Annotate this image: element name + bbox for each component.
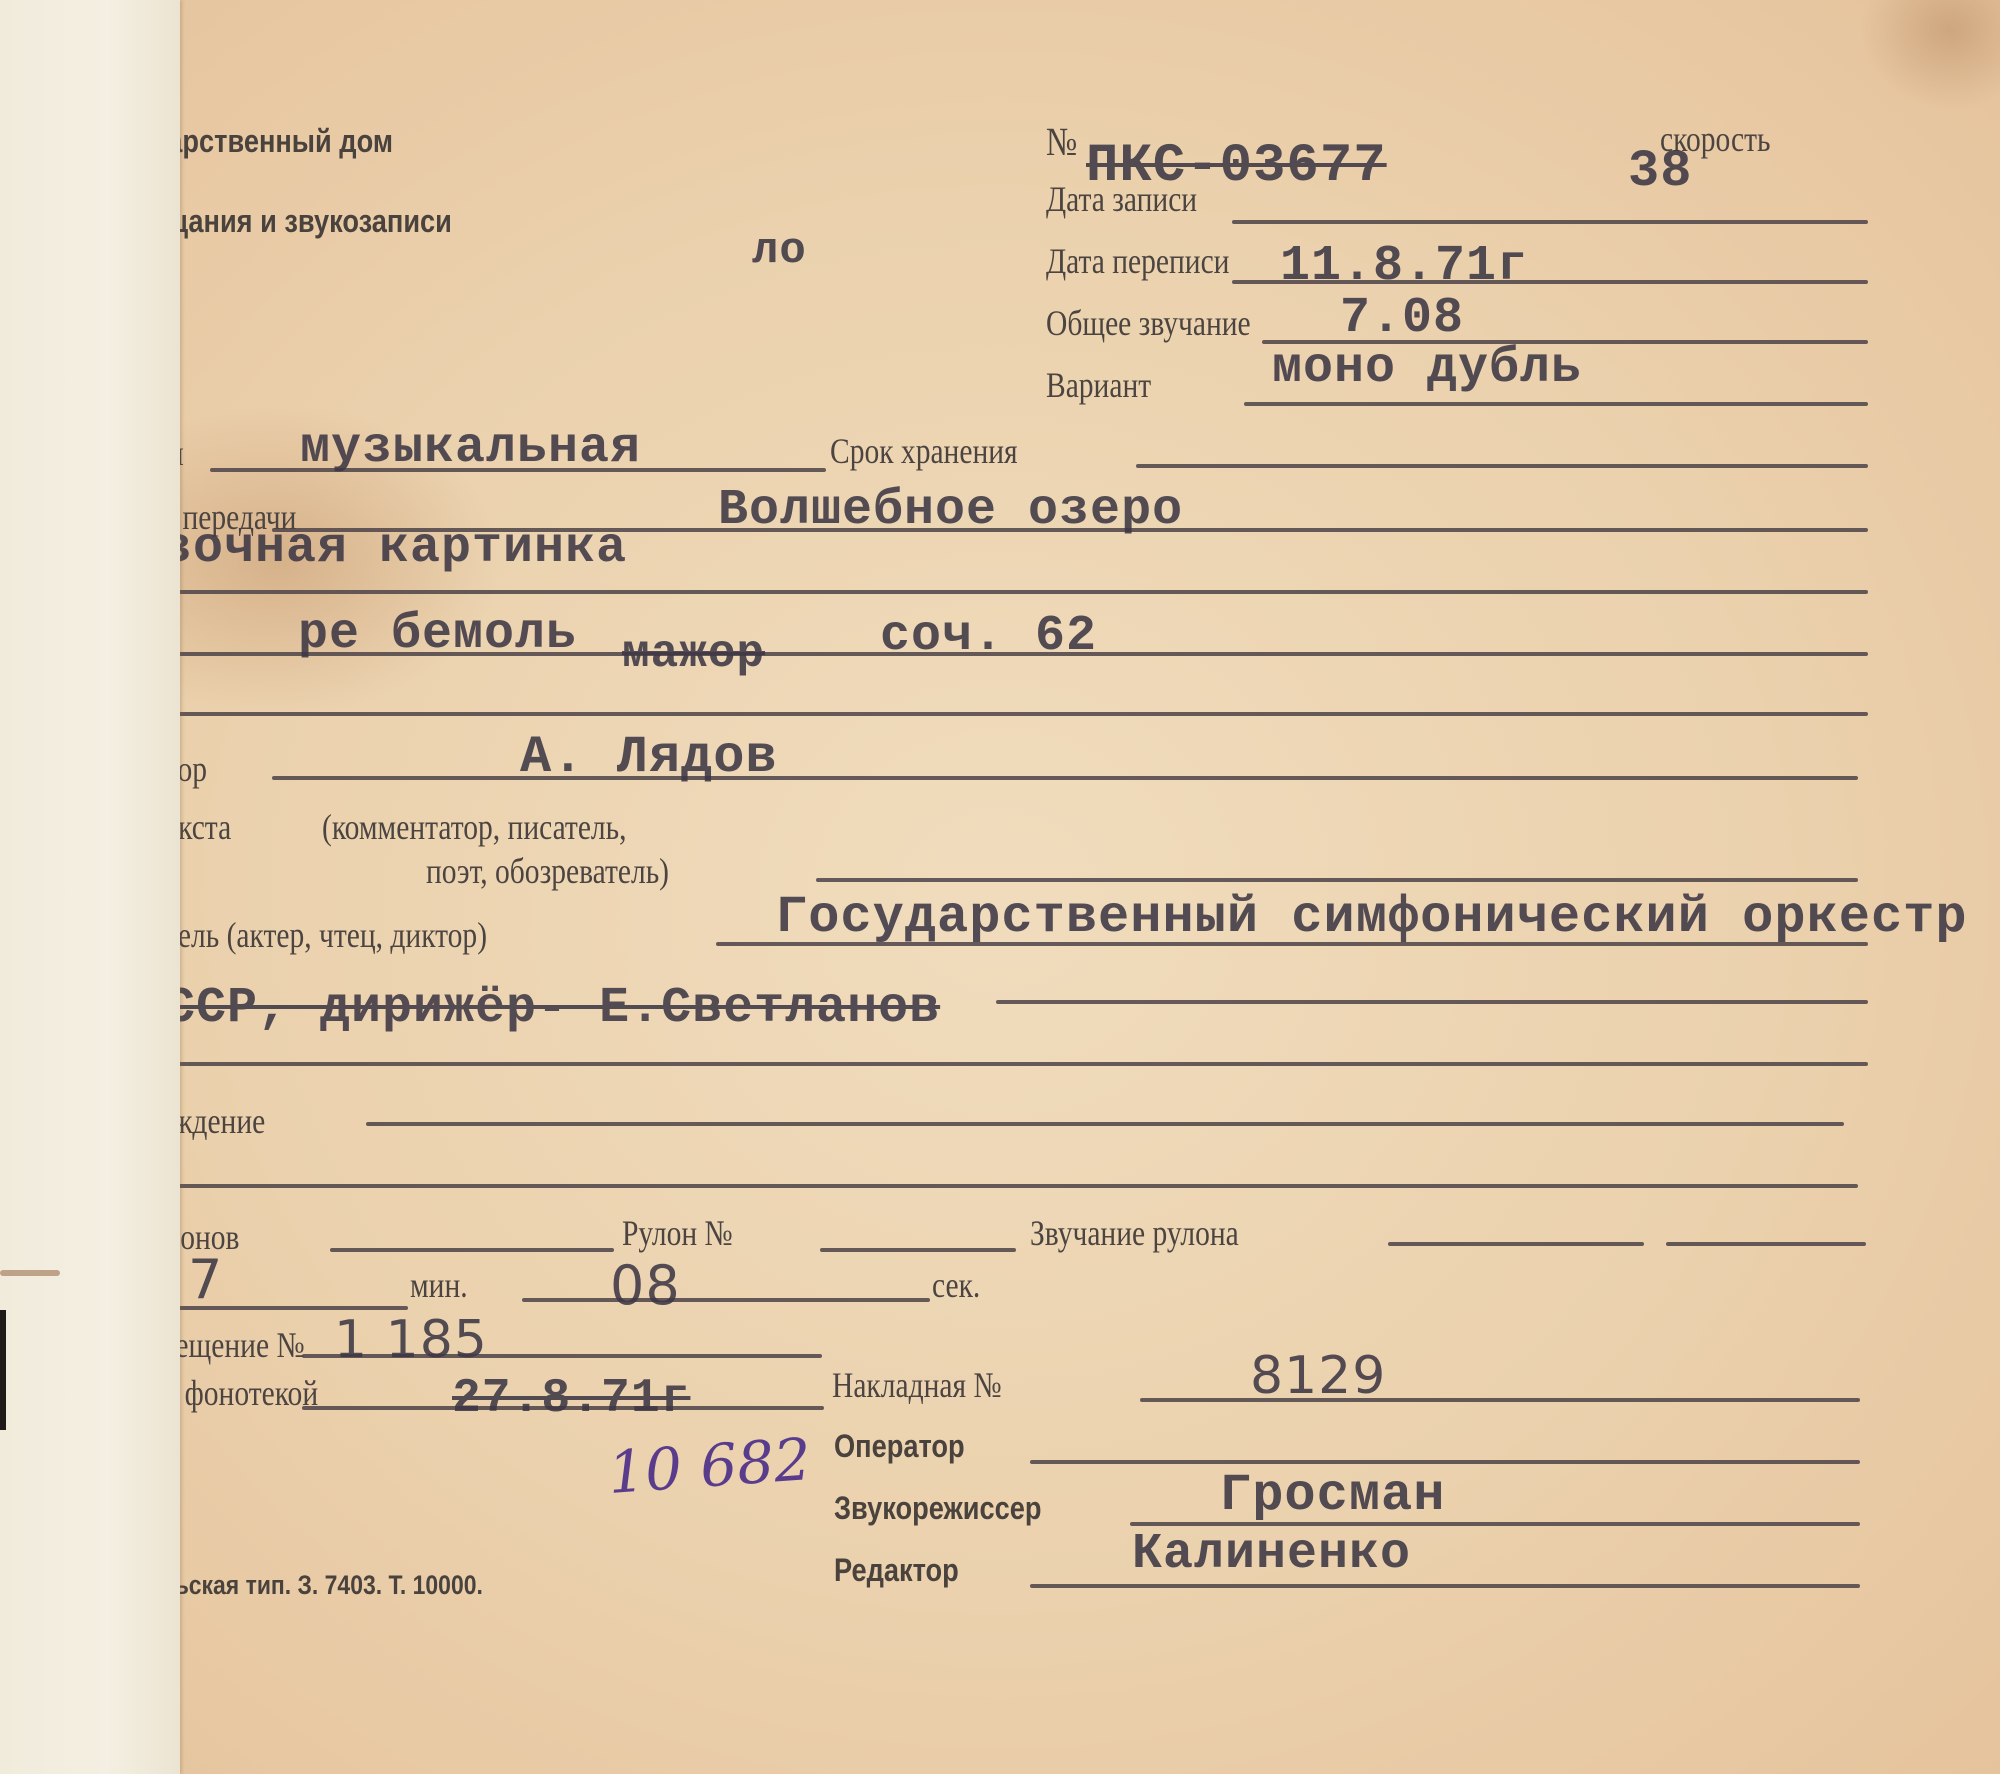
seconds-value: 08 [610,1254,681,1317]
total-duration-label: Общее звучание [1046,302,1251,344]
performer-field-line2[interactable] [996,1000,1868,1004]
title-value-line1: Волшебное озеро [718,482,1183,539]
region-code: ло [752,226,807,276]
reel-duration-field-2[interactable] [1666,1242,1866,1246]
editor-label: Редактор [834,1552,959,1589]
sound-engineer-value: Гросман [1220,1466,1445,1525]
invoice-label: Накладная № [832,1364,1002,1406]
operator-label: Оператор [834,1428,965,1465]
extra-field[interactable] [160,712,1868,716]
invoice-value: 8129 [1250,1346,1386,1406]
invoice-field[interactable] [1140,1398,1860,1402]
reel-no-label: Рулон № [622,1212,733,1254]
edge-shadow [0,1310,6,1430]
reel-no-field[interactable] [820,1248,1016,1252]
total-duration-value: 7.08 [1340,290,1464,347]
seconds-label: сек. [932,1264,980,1306]
recording-date-field[interactable] [1232,220,1868,224]
performer-field-line3[interactable] [160,1062,1868,1066]
performer-value-line2: ССР, дирижёр- Е.Светланов [165,980,940,1037]
record-number: ПКС-03677 [1086,136,1387,197]
tear-mark [0,1270,60,1276]
editor-value: Калиненко [1132,1526,1411,1583]
copy-date-label: Дата переписи [1046,240,1229,282]
operator-field[interactable] [1030,1460,1860,1464]
storage-field[interactable] [1136,464,1868,468]
text-author-field[interactable] [816,878,1858,882]
accompaniment-field[interactable] [366,1122,1844,1126]
speed-value: 38 [1628,142,1692,201]
title-field-line2[interactable] [160,590,1868,594]
org-line-2: ещания и звукозаписи [150,203,452,240]
minutes-label: мин. [410,1264,468,1306]
category-value: музыкальная [300,420,641,477]
reels-field[interactable] [330,1248,614,1252]
reel-duration-label: Звучание рулона [1030,1212,1239,1254]
author-field[interactable] [272,776,1858,780]
minutes-value: 7 [188,1248,223,1311]
accompaniment-field-2[interactable] [150,1184,1858,1188]
key-value: ре бемоль [298,606,577,663]
variant-label: Вариант [1046,364,1151,406]
sound-engineer-label: Звукорежиссер [834,1490,1041,1527]
library-date-value: 27.8.71г [452,1372,690,1426]
number-label: № [1046,118,1077,165]
editor-field[interactable] [1030,1584,1860,1588]
print-info: ильская тип. З. 7403. Т. 10000. [146,1570,483,1601]
seconds-field[interactable] [522,1298,930,1302]
variant-value: моно дубль [1272,340,1582,397]
storage-label: Срок хранения [830,430,1018,472]
text-author-hint-1: (комментатор, писатель, [322,806,627,848]
opus-value: соч. 62 [880,608,1097,665]
handwritten-note: 10 682 [606,1425,813,1507]
reel-duration-field-1[interactable] [1388,1242,1644,1246]
binding-strip [0,0,180,1774]
text-author-hint-2: поэт, обозреватель) [426,850,669,892]
copy-date-value: 11.8.71г [1280,238,1528,295]
title-value-line2: зочная картинка [162,520,627,577]
org-line-1: дарственный дом [150,123,393,160]
key-mode-value: мажор [622,628,765,680]
performer-label: тель (актер, чтец, диктор) [165,914,487,956]
author-value: А. Лядов [520,728,778,787]
performer-value-line1: Государственный симфонический оркестр [776,888,1968,947]
variant-field[interactable] [1244,402,1868,406]
notice-value: 1 185 [334,1310,488,1370]
